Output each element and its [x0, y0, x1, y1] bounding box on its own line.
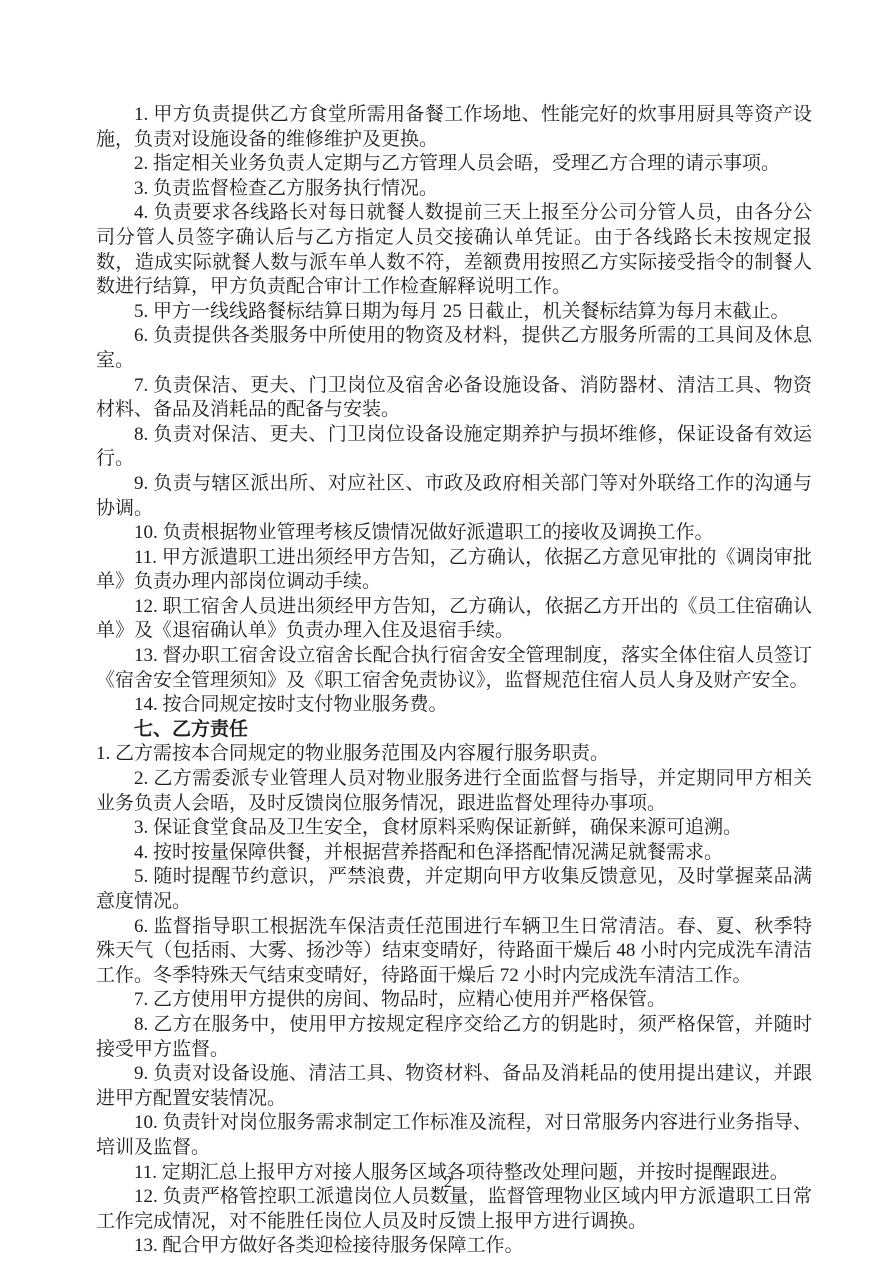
party-a-clause-5: 5. 甲方一线线路餐标结算日期为每月 25 日截止，机关餐标结算为每月末截止。 [96, 300, 812, 325]
party-a-clause-2: 2. 指定相关业务负责人定期与乙方管理人员会晤，受理乙方合理的请示事项。 [96, 152, 812, 177]
page-number: 2 [0, 1172, 896, 1192]
party-a-clause-8: 8. 负责对保洁、更夫、门卫岗位设备设施定期养护与损坏维修，保证设备有效运行。 [96, 423, 812, 472]
party-a-clause-4: 4. 负责要求各线路长对每日就餐人数提前三天上报至分公司分管人员，由各分公司分管… [96, 201, 812, 299]
party-a-clause-14: 14. 按合同规定按时支付物业服务费。 [96, 693, 812, 718]
party-b-clause-4: 4. 按时按量保障供餐，并根据营养搭配和色泽搭配情况满足就餐需求。 [96, 841, 812, 866]
contract-body: 1. 甲方负责提供乙方食堂所需用备餐工作场地、性能完好的炊事用厨具等资产设施，负… [96, 103, 812, 1259]
section-heading-party-b-responsibilities: 七、乙方责任 [96, 718, 812, 743]
party-a-clause-6: 6. 负责提供各类服务中所使用的物资及材料，提供乙方服务所需的工具间及休息室。 [96, 324, 812, 373]
party-b-clause-5: 5. 随时提醒节约意识，严禁浪费，并定期向甲方收集反馈意见，及时掌握菜品满意度情… [96, 865, 812, 914]
party-a-clause-11: 11. 甲方派遣职工进出须经甲方告知，乙方确认，依据乙方意见审批的《调岗审批单》… [96, 546, 812, 595]
party-b-clause-8: 8. 乙方在服务中，使用甲方按规定程序交给乙方的钥匙时，须严格保管，并随时接受甲… [96, 1013, 812, 1062]
party-b-clause-3: 3. 保证食堂食品及卫生安全，食材原料采购保证新鲜，确保来源可追溯。 [96, 816, 812, 841]
party-b-clause-7: 7. 乙方使用甲方提供的房间、物品时，应精心使用并严格保管。 [96, 988, 812, 1013]
party-b-clause-1: 1. 乙方需按本合同规定的物业服务范围及内容履行服务职责。 [96, 742, 812, 767]
party-a-clause-9: 9. 负责与辖区派出所、对应社区、市政及政府相关部门等对外联络工作的沟通与协调。 [96, 472, 812, 521]
party-a-clause-1: 1. 甲方负责提供乙方食堂所需用备餐工作场地、性能完好的炊事用厨具等资产设施，负… [96, 103, 812, 152]
party-b-clause-9: 9. 负责对设备设施、清洁工具、物资材料、备品及消耗品的使用提出建议，并跟进甲方… [96, 1062, 812, 1111]
party-b-clause-12: 12. 负责严格管控职工派遣岗位人员数量，监督管理物业区域内甲方派遣职工日常工作… [96, 1185, 812, 1234]
party-a-clause-10: 10. 负责根据物业管理考核反馈情况做好派遣职工的接收及调换工作。 [96, 521, 812, 546]
document-page: 1. 甲方负责提供乙方食堂所需用备餐工作场地、性能完好的炊事用厨具等资产设施，负… [0, 0, 896, 1267]
party-b-clause-2: 2. 乙方需委派专业管理人员对物业服务进行全面监督与指导，并定期同甲方相关业务负… [96, 767, 812, 816]
party-b-clause-13: 13. 配合甲方做好各类迎检接待服务保障工作。 [96, 1234, 812, 1259]
party-b-clause-10: 10. 负责针对岗位服务需求制定工作标准及流程，对日常服务内容进行业务指导、培训… [96, 1111, 812, 1160]
party-a-clause-13: 13. 督办职工宿舍设立宿舍长配合执行宿舍安全管理制度，落实全体住宿人员签订《宿… [96, 644, 812, 693]
party-a-clause-3: 3. 负责监督检查乙方服务执行情况。 [96, 177, 812, 202]
party-b-clause-6: 6. 监督指导职工根据洗车保洁责任范围进行车辆卫生日常清洁。春、夏、秋季特殊天气… [96, 915, 812, 989]
party-a-clause-7: 7. 负责保洁、更夫、门卫岗位及宿舍必备设施设备、消防器材、清洁工具、物资材料、… [96, 374, 812, 423]
party-a-clause-12: 12. 职工宿舍人员进出须经甲方告知，乙方确认，依据乙方开出的《员工住宿确认单》… [96, 595, 812, 644]
